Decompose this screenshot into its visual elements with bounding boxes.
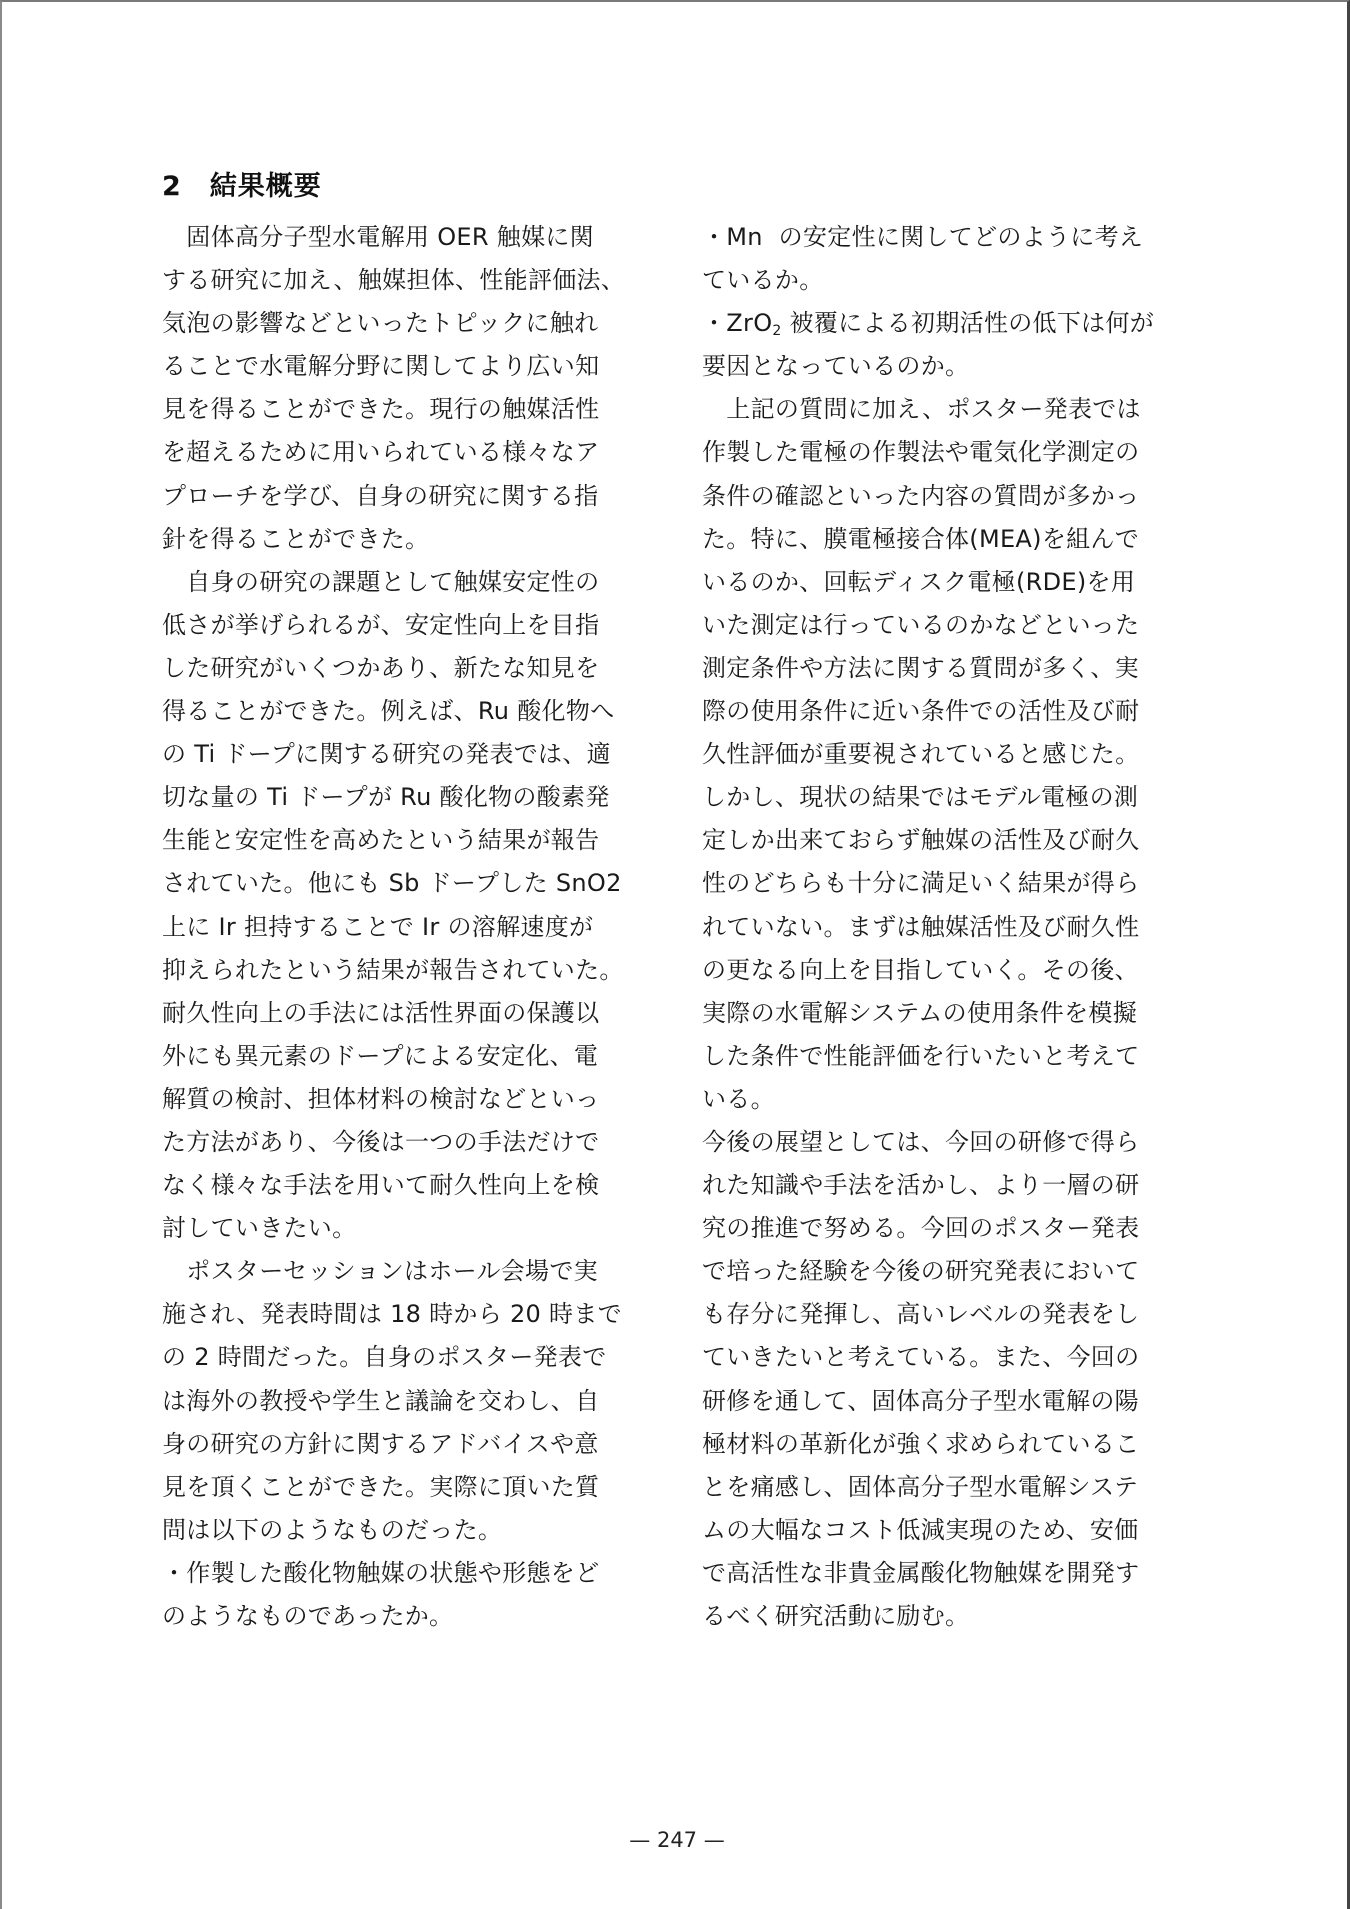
text-line: ポスターセッションはホール会場で実 [162, 1250, 662, 1293]
text-line: 久性評価が重要視されていると感じた。 [702, 733, 1202, 776]
text-line: ムの大幅なコスト低減実現のため、安価 [702, 1509, 1202, 1552]
text-line: も存分に発揮し、高いレベルの発表をし [702, 1293, 1202, 1336]
text-line: 生能と安定性を高めたという結果が報告 [162, 819, 662, 862]
text-line: とを痛感し、固体高分子型水電解システ [702, 1466, 1202, 1509]
text-line: 見を得ることができた。現行の触媒活性 [162, 388, 662, 431]
text-line: た。特に、膜電極接合体(MEA)を組んで [702, 518, 1202, 561]
text-line: 測定条件や方法に関する質問が多く、実 [702, 647, 1202, 690]
text-line: のようなものであったか。 [162, 1595, 662, 1638]
text-line: 実際の水電解システムの使用条件を模擬 [702, 992, 1202, 1035]
text-line: 切な量の Ti ドープが Ru 酸化物の酸素発 [162, 776, 662, 819]
text-line: いた測定は行っているのかなどといった [702, 604, 1202, 647]
text-line: で高活性な非貴金属酸化物触媒を開発す [702, 1552, 1202, 1595]
text-line: した条件で性能評価を行いたいと考えて [702, 1035, 1202, 1078]
text-line: ・Mn の安定性に関してどのように考え [702, 216, 1202, 259]
text-line: 耐久性向上の手法には活性界面の保護以 [162, 992, 662, 1035]
text-line: 低さが挙げられるが、安定性向上を目指 [162, 604, 662, 647]
page-number: — 247 — [2, 1828, 1350, 1852]
text-line: されていた。他にも Sb ドープした SnO2 [162, 862, 662, 905]
text-line: た方法があり、今後は一つの手法だけで [162, 1121, 662, 1164]
text-line: する研究に加え、触媒担体、性能評価法、 [162, 259, 662, 302]
zro2-prefix: ・ZrO [702, 309, 772, 337]
text-line: 定しか出来ておらず触媒の活性及び耐久 [702, 819, 1202, 862]
text-line: 上記の質問に加え、ポスター発表では [702, 388, 1202, 431]
text-line: の更なる向上を目指していく。その後、 [702, 949, 1202, 992]
text-line: 身の研究の方針に関するアドバイスや意 [162, 1423, 662, 1466]
text-line: ることで水電解分野に関してより広い知 [162, 345, 662, 388]
text-line: 作製した電極の作製法や電気化学測定の [702, 431, 1202, 474]
text-line: した研究がいくつかあり、新たな知見を [162, 647, 662, 690]
text-line: 要因となっているのか。 [702, 345, 1202, 388]
text-line: るべく研究活動に励む。 [702, 1595, 1202, 1638]
text-line: で培った経験を今後の研究発表において [702, 1250, 1202, 1293]
text-line: 外にも異元素のドープによる安定化、電 [162, 1035, 662, 1078]
text-line: ・作製した酸化物触媒の状態や形態をど [162, 1552, 662, 1595]
text-line: れていない。まずは触媒活性及び耐久性 [702, 906, 1202, 949]
text-line: 気泡の影響などといったトピックに触れ [162, 302, 662, 345]
text-line: 施され、発表時間は 18 時から 20 時まで [162, 1293, 662, 1336]
text-line: は海外の教授や学生と議論を交わし、自 [162, 1380, 662, 1423]
zro2-question-line: ・ZrO2 被覆による初期活性の低下は何が [702, 302, 1202, 345]
text-line: 今後の展望としては、今回の研修で得ら [702, 1121, 1202, 1164]
text-line: 得ることができた。例えば、Ru 酸化物へ [162, 690, 662, 733]
text-line: 問は以下のようなものだった。 [162, 1509, 662, 1552]
text-line: 研修を通して、固体高分子型水電解の陽 [702, 1380, 1202, 1423]
zro2-subscript: 2 [772, 323, 781, 339]
text-line: 性のどちらも十分に満足いく結果が得ら [702, 862, 1202, 905]
document-page: 2 結果概要 固体高分子型水電解用 OER 触媒に関 する研究に加え、触媒担体、… [0, 0, 1350, 1909]
text-line: プローチを学び、自身の研究に関する指 [162, 475, 662, 518]
text-line: 解質の検討、担体材料の検討などといっ [162, 1078, 662, 1121]
left-column: 固体高分子型水電解用 OER 触媒に関 する研究に加え、触媒担体、性能評価法、 … [162, 216, 662, 1638]
zro2-suffix: 被覆による初期活性の低下は何が [782, 309, 1154, 337]
text-line: れた知識や手法を活かし、より一層の研 [702, 1164, 1202, 1207]
text-line: ていきたいと考えている。また、今回の [702, 1336, 1202, 1379]
text-line: 極材料の革新化が強く求められているこ [702, 1423, 1202, 1466]
text-line: 抑えられたという結果が報告されていた。 [162, 949, 662, 992]
text-line: の 2 時間だった。自身のポスター発表で [162, 1336, 662, 1379]
text-line: 討していきたい。 [162, 1207, 662, 1250]
right-column: ・Mn の安定性に関してどのように考え ているか。 ・ZrO2 被覆による初期活… [702, 216, 1202, 1638]
section-heading: 2 結果概要 [162, 164, 322, 203]
text-line: 上に Ir 担持することで Ir の溶解速度が [162, 906, 662, 949]
text-line: しかし、現状の結果ではモデル電極の測 [702, 776, 1202, 819]
text-line: いる。 [702, 1078, 1202, 1121]
text-line: を超えるために用いられている様々なア [162, 431, 662, 474]
text-line: 見を頂くことができた。実際に頂いた質 [162, 1466, 662, 1509]
text-line: 固体高分子型水電解用 OER 触媒に関 [162, 216, 662, 259]
text-line: 際の使用条件に近い条件での活性及び耐 [702, 690, 1202, 733]
text-line: 条件の確認といった内容の質問が多かっ [702, 475, 1202, 518]
text-line: 針を得ることができた。 [162, 518, 662, 561]
text-line: の Ti ドープに関する研究の発表では、適 [162, 733, 662, 776]
text-line: 自身の研究の課題として触媒安定性の [162, 561, 662, 604]
text-line: いるのか、回転ディスク電極(RDE)を用 [702, 561, 1202, 604]
text-line: ているか。 [702, 259, 1202, 302]
text-line: 究の推進で努める。今回のポスター発表 [702, 1207, 1202, 1250]
text-line: なく様々な手法を用いて耐久性向上を検 [162, 1164, 662, 1207]
